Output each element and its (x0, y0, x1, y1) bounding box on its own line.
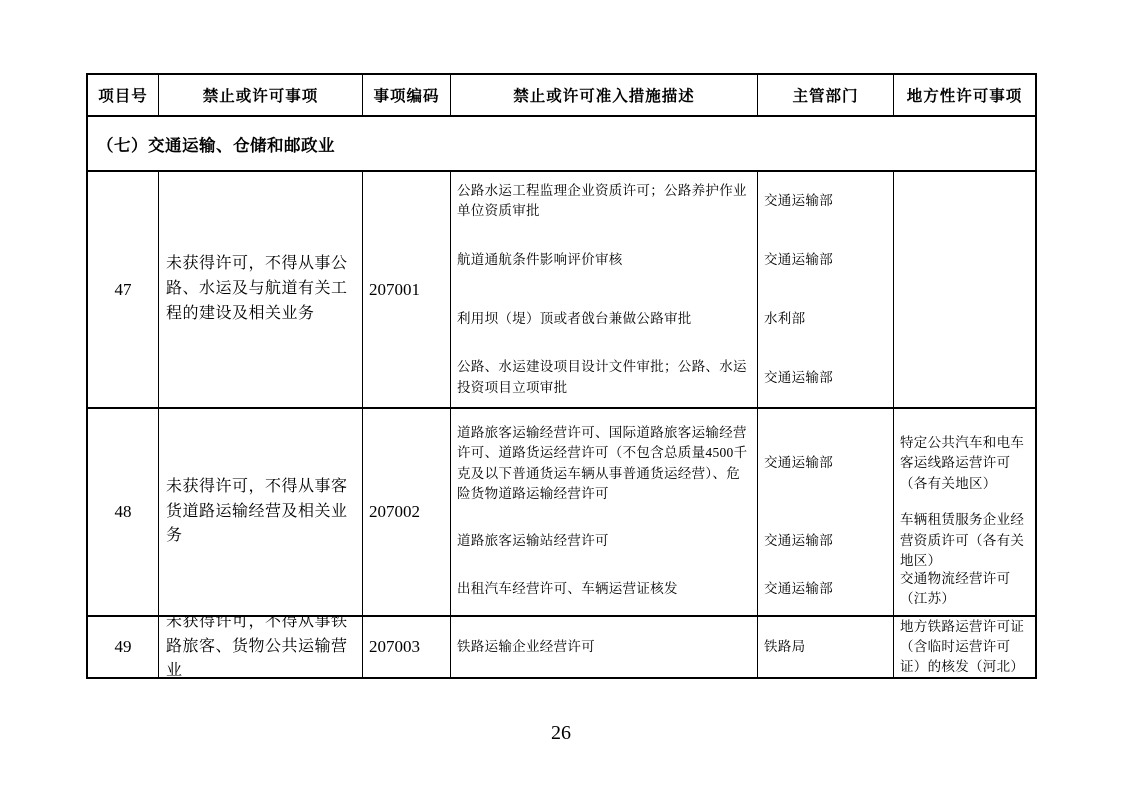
row-id: 47 (88, 172, 158, 407)
measure-text: 出租汽车经营许可、车辆运营证核发 (451, 563, 757, 615)
prohibited-item-text: 未获得许可，不得从事铁路旅客、货物公共运输营业 (166, 617, 357, 677)
measures-cell: 公路水运工程监理企业资质许可；公路养护作业单位资质审批 航道通航条件影响评价审核… (450, 172, 757, 407)
prohibited-item-text: 未获得许可，不得从事公路、水运及与航道有关工程的建设及相关业务 (166, 252, 357, 326)
local-permits-cell (893, 172, 1035, 407)
section-title: （七）交通运输、仓储和邮政业 (88, 117, 1035, 170)
measures-cell: 道路旅客运输经营许可、国际道路旅客运输经营许可、道路货运经营许可（不包含总质量4… (450, 409, 757, 615)
permit-items-table: 项目号 禁止或许可事项 事项编码 禁止或许可准入措施描述 主管部门 地方性许可事… (86, 73, 1037, 679)
prohibited-item-cell: 未获得许可，不得从事铁路旅客、货物公共运输营业 (158, 617, 362, 677)
prohibited-item-cell: 未获得许可，不得从事客货道路运输经营及相关业务 (158, 409, 362, 615)
row-id: 49 (88, 617, 158, 677)
local-permit-text: 车辆租赁服务企业经营资质许可（各有关地区） (894, 518, 1035, 563)
document-page: { "page": { "number": "26" }, "table": {… (0, 0, 1122, 793)
measure-text: 航道通航条件影响评价审核 (451, 231, 757, 290)
measure-text: 道路旅客运输经营许可、国际道路旅客运输经营许可、道路货运经营许可（不包含总质量4… (451, 409, 757, 518)
column-header-department: 主管部门 (757, 75, 893, 115)
department-text: 交通运输部 (758, 348, 893, 407)
item-code-cell: 207002 (362, 409, 450, 615)
table-row: 48 未获得许可，不得从事客货道路运输经营及相关业务 207002 道路旅客运输… (88, 407, 1035, 615)
departments-cell: 铁路局 (757, 617, 893, 677)
measure-text: 道路旅客运输站经营许可 (451, 518, 757, 563)
department-text: 交通运输部 (758, 172, 893, 231)
department-text: 交通运输部 (758, 231, 893, 290)
table-header-row: 项目号 禁止或许可事项 事项编码 禁止或许可准入措施描述 主管部门 地方性许可事… (88, 75, 1035, 115)
measures-cell: 铁路运输企业经营许可 (450, 617, 757, 677)
local-permit-text: 地方铁路运营许可证（含临时运营许可证）的核发（河北） (894, 617, 1035, 677)
section-row: （七）交通运输、仓储和邮政业 (88, 115, 1035, 170)
measure-text: 铁路运输企业经营许可 (451, 617, 757, 677)
departments-cell: 交通运输部 交通运输部 交通运输部 (757, 409, 893, 615)
local-permits-cell: 特定公共汽车和电车客运线路运营许可（各有关地区） 车辆租赁服务企业经营资质许可（… (893, 409, 1035, 615)
column-header-measure-description: 禁止或许可准入措施描述 (450, 75, 757, 115)
table-row: 49 未获得许可，不得从事铁路旅客、货物公共运输营业 207003 铁路运输企业… (88, 615, 1035, 677)
department-text: 交通运输部 (758, 518, 893, 563)
local-permit-text: 特定公共汽车和电车客运线路运营许可（各有关地区） (894, 409, 1035, 518)
column-header-local-permits: 地方性许可事项 (893, 75, 1035, 115)
departments-cell: 交通运输部 交通运输部 水利部 交通运输部 (757, 172, 893, 407)
measure-text: 公路水运工程监理企业资质许可；公路养护作业单位资质审批 (451, 172, 757, 231)
local-permit-text: 交通物流经营许可（江苏） (894, 563, 1035, 615)
department-text: 铁路局 (758, 617, 893, 677)
page-number: 26 (0, 722, 1122, 745)
department-text: 交通运输部 (758, 563, 893, 615)
item-code-cell: 207003 (362, 617, 450, 677)
prohibited-item-text: 未获得许可，不得从事客货道路运输经营及相关业务 (166, 475, 357, 549)
local-permits-cell: 地方铁路运营许可证（含临时运营许可证）的核发（河北） (893, 617, 1035, 677)
column-header-prohibited-item: 禁止或许可事项 (158, 75, 362, 115)
measure-text: 公路、水运建设项目设计文件审批；公路、水运投资项目立项审批 (451, 348, 757, 407)
prohibited-item-cell: 未获得许可，不得从事公路、水运及与航道有关工程的建设及相关业务 (158, 172, 362, 407)
measure-text: 利用坝（堤）顶或者戗台兼做公路审批 (451, 290, 757, 349)
department-text: 水利部 (758, 290, 893, 349)
column-header-item-id: 项目号 (88, 75, 158, 115)
column-header-item-code: 事项编码 (362, 75, 450, 115)
row-id: 48 (88, 409, 158, 615)
table-row: 47 未获得许可，不得从事公路、水运及与航道有关工程的建设及相关业务 20700… (88, 170, 1035, 407)
department-text: 交通运输部 (758, 409, 893, 518)
item-code-cell: 207001 (362, 172, 450, 407)
